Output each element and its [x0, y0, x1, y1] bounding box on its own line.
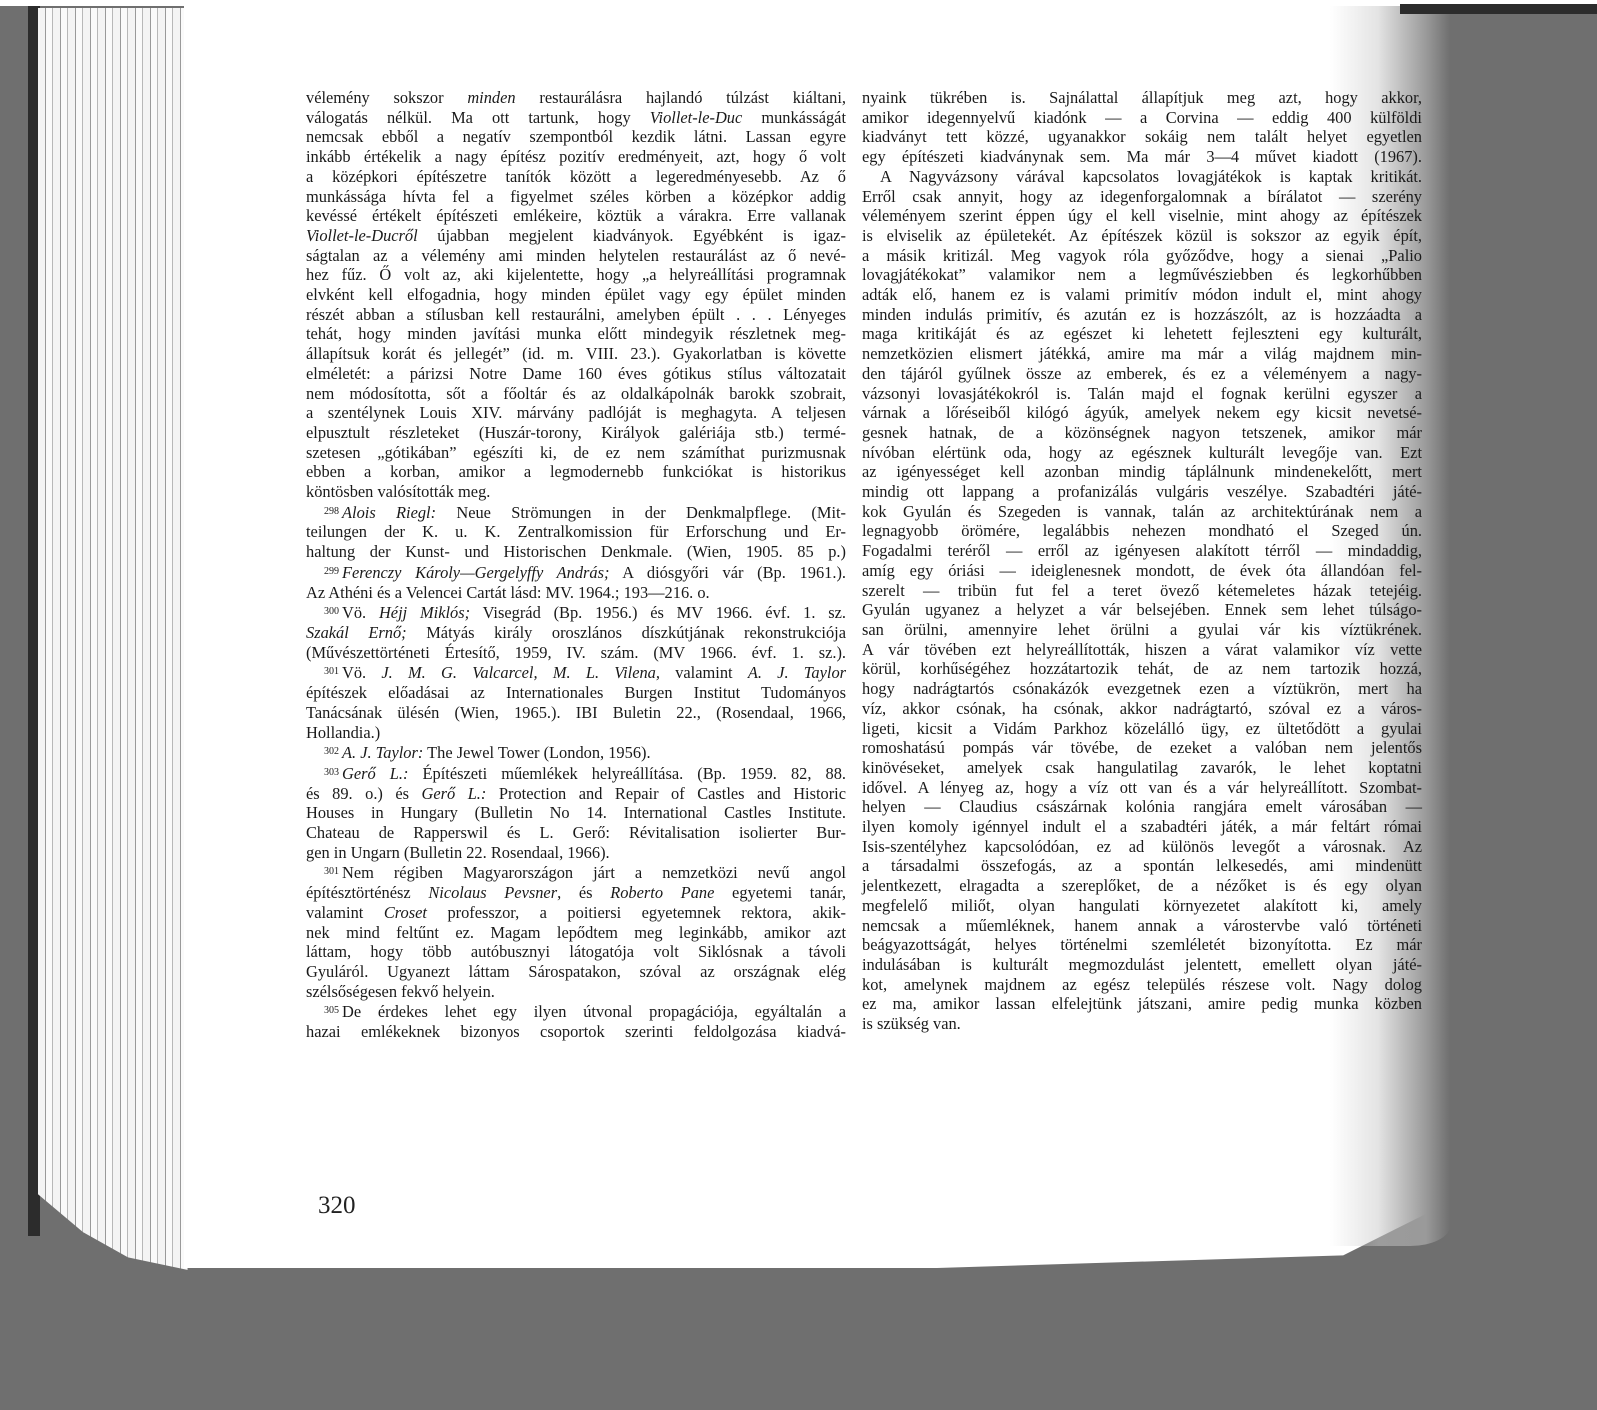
- text-line: kinövéseket, amelyek csak hangulatilag z…: [862, 758, 1422, 778]
- text-line: haltung der Kunst- und Historischen Denk…: [306, 542, 846, 562]
- text-line: Viollet-le-Ducről újabban megjelent kiad…: [306, 226, 846, 246]
- text-line: szélsőségesen fekvő helyein.: [306, 982, 846, 1002]
- text-line: Isis-szentélyhez kapcsolódóan, ez ad kül…: [862, 837, 1422, 857]
- italic-text: J. M. G. Valcarcel, M. L. Vilena,: [381, 663, 660, 682]
- italic-text: A. J. Taylor:: [342, 743, 423, 762]
- text-line: kevéssé értékelt építészeti emlékeire, k…: [306, 206, 846, 226]
- text-line: is szükség van.: [862, 1014, 1422, 1034]
- footnote-number: 305: [324, 1005, 339, 1016]
- text-line: 305De érdekes lehet egy ilyen útvonal pr…: [306, 1001, 846, 1022]
- text-line: elméletét: a párizsi Notre Dame 160 éves…: [306, 364, 846, 384]
- text-line: romoshatású pompás vár tövébe, de ezeket…: [862, 738, 1422, 758]
- text-line: valamint Croset professzor, a poitiersi …: [306, 903, 846, 923]
- text-line: Erről csak annyit, hogy az idegenforgalo…: [862, 187, 1422, 207]
- text-line: köntösben valósították meg.: [306, 482, 846, 502]
- text-line: indulásában is kulturált megmozdulást je…: [862, 955, 1422, 975]
- text-line: láttam, hogy több autóbusznyi látogatója…: [306, 942, 846, 962]
- text-line: építészek előadásai az Internationales B…: [306, 683, 846, 703]
- text-line: Gyuláról. Ugyanezt láttam Sárospatakon, …: [306, 962, 846, 982]
- text-line: kot, amelynek majdnem az egész település…: [862, 975, 1422, 995]
- italic-text: Alois Riegl:: [342, 503, 436, 522]
- text-line: A Nagyvázsony várával kapcsolatos lovagj…: [862, 167, 1422, 187]
- text-line: várnak a lőréseiből kilógó ágyúk, amelye…: [862, 403, 1422, 423]
- italic-text: Ferenczy Károly—Gergelyffy András;: [342, 563, 609, 582]
- text-line: amíg egy óriási — ideiglenesnek mondott,…: [862, 561, 1422, 581]
- footnote-number: 301: [324, 666, 339, 677]
- text-line: minden indulás primitív, és azután ez is…: [862, 305, 1422, 325]
- text-line: maga kritikáját és az egészet ki lehetet…: [862, 324, 1422, 344]
- text-line: a másik kritizál. Meg vagyok róla győződ…: [862, 246, 1422, 266]
- text-line: 303Gerő L.: Építészeti műemlékek helyreá…: [306, 763, 846, 784]
- text-line: Tanácsának ülésén (Wien, 1965.). IBI Bul…: [306, 703, 846, 723]
- italic-text: Szakál Ernő;: [306, 623, 407, 642]
- text-line: építésztörténész Nicolaus Pevsner, és Ro…: [306, 883, 846, 903]
- text-line: 302A. J. Taylor: The Jewel Tower (London…: [306, 742, 846, 763]
- italic-text: Héjj Miklós;: [379, 603, 470, 622]
- italic-text: Roberto Pane: [610, 883, 714, 902]
- text-line: gesnek hatnak, de a közönségnek nagyon t…: [862, 423, 1422, 443]
- footnote-number: 301: [324, 866, 339, 877]
- text-line: 301Nem régiben Magyarországon járt a nem…: [306, 862, 846, 883]
- text-line: lovagjátékokat” valamikor nem a legművés…: [862, 265, 1422, 285]
- italic-text: Viollet-le-Duc: [650, 108, 743, 127]
- text-line: munkássága hívta fel a figyelmet széles …: [306, 187, 846, 207]
- text-line: jelentkezett, elragadta a szereplőket, d…: [862, 876, 1422, 896]
- footnote-number: 298: [324, 506, 339, 517]
- text-line: részét abban a stílusban kell restauráln…: [306, 305, 846, 325]
- page-edges-stack: [38, 8, 188, 1270]
- text-line: a középkori építészetre tanítók között a…: [306, 167, 846, 187]
- text-line: nemzetközien elismert játékká, amire ma …: [862, 344, 1422, 364]
- text-line: gen in Ungarn (Bulletin 22. Rosendaal, 1…: [306, 843, 846, 863]
- text-line: nemcsak a műemléknek, hanem annak a váro…: [862, 916, 1422, 936]
- text-line: az igényességet kell azonban mindig tápl…: [862, 462, 1422, 482]
- text-line: Az Athéni és a Velencei Cartát lásd: MV.…: [306, 583, 846, 603]
- text-line: Hollandia.): [306, 723, 846, 743]
- text-line: elvként kell elfogadnia, hogy minden épü…: [306, 285, 846, 305]
- footnote-number: 302: [324, 746, 339, 757]
- text-line: nek mind feltűnt ez. Magam lepődtem meg …: [306, 923, 846, 943]
- text-line: ebben a korban, amikor a legmodernebb fu…: [306, 462, 846, 482]
- text-line: a szentélynek Louis XIV. márvány padlójá…: [306, 403, 846, 423]
- text-line: 299Ferenczy Károly—Gergelyffy András; A …: [306, 562, 846, 583]
- footnote-number: 299: [324, 566, 339, 577]
- text-line: válogatás nélkül. Ma ott tartunk, hogy V…: [306, 108, 846, 128]
- text-line: 300Vö. Héjj Miklós; Visegrád (Bp. 1956.)…: [306, 602, 846, 623]
- text-line: idővel. A lényeg az, hogy a víz ott van …: [862, 778, 1422, 798]
- text-line: amikor idegennyelvű kiadónk — a Corvina …: [862, 108, 1422, 128]
- text-line: víz, akkor csónak, ha csónak, akkor nadr…: [862, 699, 1422, 719]
- text-line: nem módosította, sőt a főoltár és az old…: [306, 384, 846, 404]
- text-line: mindig ott lappang a profanizálás vulgár…: [862, 482, 1422, 502]
- text-line: szetesen „gótikában” egészíti ki, de ez …: [306, 443, 846, 463]
- text-line: elpusztult részleteket (Huszár-torony, K…: [306, 423, 846, 443]
- italic-text: Viollet-le-Ducről: [306, 226, 418, 245]
- text-line: beágyazottságát, helyes történelmi szeml…: [862, 935, 1422, 955]
- text-line: szerelt — tribün fut fel a teret övező k…: [862, 581, 1422, 601]
- page-number: 320: [318, 1192, 356, 1220]
- text-line: inkább értékelik a nagy építész pozitív …: [306, 147, 846, 167]
- text-line: Gyulán ugyanez a helyzet a vár belsejébe…: [862, 600, 1422, 620]
- text-line: ilyen komoly igénnyel indult el a szabad…: [862, 817, 1422, 837]
- text-line: vázsonyi lovasjátékokról is. Talán majd …: [862, 384, 1422, 404]
- text-line: hez fűz. Ő volt az, aki kijelentette, ho…: [306, 265, 846, 285]
- text-line: állapítsuk korát és jellegét” (id. m. VI…: [306, 344, 846, 364]
- text-line: 301Vö. J. M. G. Valcarcel, M. L. Vilena,…: [306, 662, 846, 683]
- text-line: Fogadalmi teréről — erről az igényesen a…: [862, 541, 1422, 561]
- text-line: egy építészeti kiadványnak sem. Ma már 3…: [862, 147, 1422, 167]
- text-line: Chateau de Rapperswil és L. Gerő: Révita…: [306, 823, 846, 843]
- text-line: den tájáról gyűlnek össze az emberek, és…: [862, 364, 1422, 384]
- text-line: véleményem szerint éppen úgy el kell vis…: [862, 206, 1422, 226]
- text-line: helyen — Claudius császárnak kolónia ran…: [862, 797, 1422, 817]
- text-line: ligeti, kicsit a Vidám Parkhoz közelálló…: [862, 719, 1422, 739]
- footnote-number: 303: [324, 767, 339, 778]
- text-line: adták elő, hanem ez is valami primitív m…: [862, 285, 1422, 305]
- text-line: Houses in Hungary (Bulletin No 14. Inter…: [306, 803, 846, 823]
- text-line: tehát, hogy minden javítási munka előtt …: [306, 324, 846, 344]
- text-line: hogy nadrágtartós csónakázók evezgetnek …: [862, 679, 1422, 699]
- scan-top-shadow: [1400, 4, 1597, 14]
- text-line: Szakál Ernő; Mátyás király oroszlános dí…: [306, 623, 846, 643]
- text-line: megfelelő miliőt, olyan hangulati környe…: [862, 896, 1422, 916]
- footnote-number: 300: [324, 606, 339, 617]
- italic-text: A. J. Taylor: [748, 663, 846, 682]
- text-line: (Művészettörténeti Értesítő, 1959, IV. s…: [306, 643, 846, 663]
- right-text-column: nyaink tükrében is. Sajnálattal állapítj…: [862, 88, 1422, 1034]
- text-line: ságtalan az a vélemény ami minden helyte…: [306, 246, 846, 266]
- text-line: legnagyobb örömére, legalábbis nehezen m…: [862, 521, 1422, 541]
- text-line: is elviselik az épületekét. Az építészek…: [862, 226, 1422, 246]
- italic-text: minden: [467, 88, 515, 107]
- italic-text: Gerő L.:: [422, 784, 487, 803]
- text-line: ez ma, amikor lassan elfelejtünk játszan…: [862, 994, 1422, 1014]
- italic-text: Nicolaus Pevsner: [428, 883, 557, 902]
- text-line: 298Alois Riegl: Neue Strömungen in der D…: [306, 502, 846, 523]
- text-line: és 89. o.) és Gerő L.: Protection and Re…: [306, 784, 846, 804]
- text-line: nemcsak ebből a negatív szempontból kezd…: [306, 127, 846, 147]
- italic-text: Croset: [384, 903, 427, 922]
- text-line: san örülni, amennyire lehet örülni a gyu…: [862, 620, 1422, 640]
- text-line: nívóban elértünk oda, hogy az egésznek k…: [862, 443, 1422, 463]
- text-line: a társadalmi összefogás, az a spontán le…: [862, 856, 1422, 876]
- text-line: nyaink tükrében is. Sajnálattal állapítj…: [862, 88, 1422, 108]
- text-line: kiadványt tett közzé, ugyanakkor sokáig …: [862, 127, 1422, 147]
- italic-text: Gerő L.:: [342, 764, 408, 783]
- text-line: A vár tövében ezt helyreállították, hisz…: [862, 640, 1422, 660]
- left-text-column: vélemény sokszor minden restaurálásra ha…: [306, 88, 846, 1042]
- text-line: vélemény sokszor minden restaurálásra ha…: [306, 88, 846, 108]
- text-line: hazai emlékeknek bizonyos csoportok szer…: [306, 1022, 846, 1042]
- text-line: teilungen der K. u. K. Zentralkomission …: [306, 522, 846, 542]
- text-line: körül, korhűségéhez hozzátartozik tehát,…: [862, 659, 1422, 679]
- text-line: kok Gyulán és Szegeden is vannak, talán …: [862, 502, 1422, 522]
